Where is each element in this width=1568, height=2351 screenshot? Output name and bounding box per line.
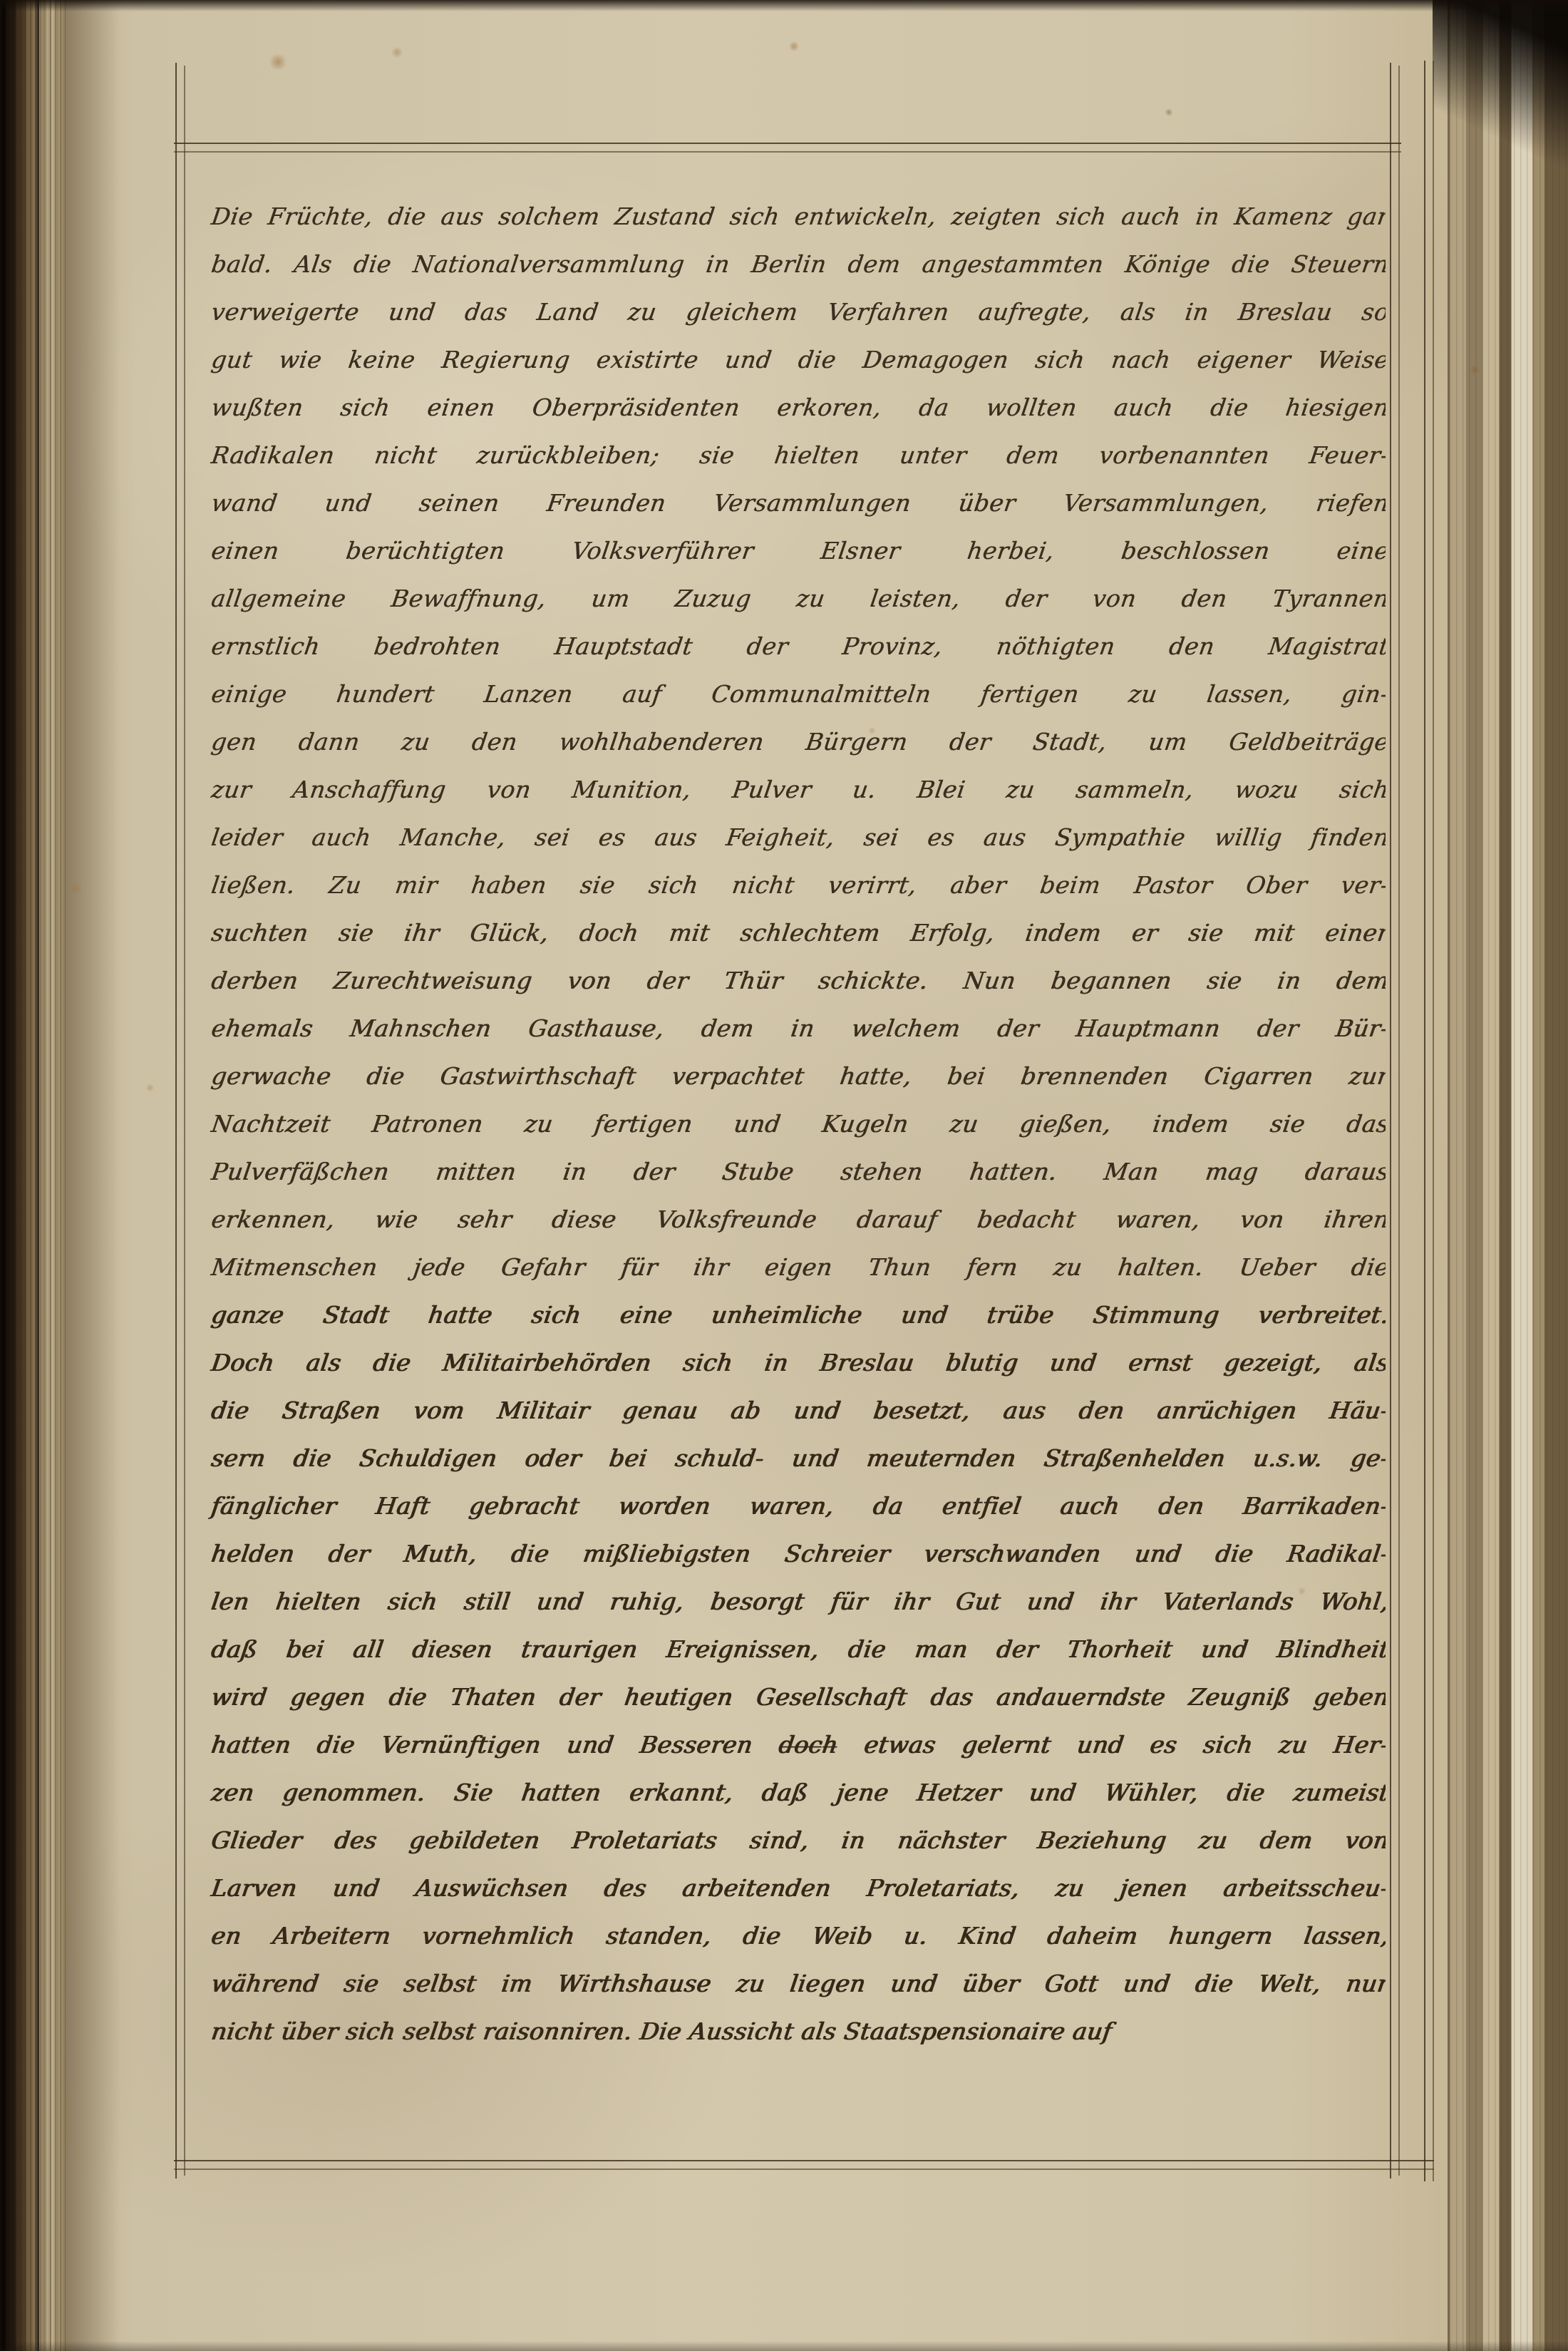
manuscript-line: Nachtzeit Patronen zu fertigen und Kugel…: [208, 1100, 1386, 1148]
foxing-spot: [1297, 1587, 1306, 1595]
manuscript-line: derben Zurechtweisung von der Thür schic…: [208, 957, 1386, 1004]
frame-right-inner-line: [1390, 63, 1391, 2178]
manuscript-line: hatten die Vernünftigen und Besseren d̶o…: [208, 1721, 1386, 1769]
manuscript-line: sern die Schuldigen oder bei schuld- und…: [208, 1434, 1386, 1482]
manuscript-line: die Straßen vom Militair genau ab und be…: [208, 1387, 1386, 1434]
manuscript-line: Doch als die Militairbehörden sich in Br…: [208, 1339, 1386, 1387]
frame-right-outer-line: [1398, 66, 1400, 2176]
foxing-spot: [145, 1084, 155, 1092]
frame-bottom-inner-line: [174, 2160, 1434, 2161]
manuscript-line: suchten sie ihr Glück, doch mit schlecht…: [208, 909, 1386, 957]
manuscript-line: fänglicher Haft gebracht worden waren, d…: [208, 1482, 1386, 1530]
manuscript-line: wand und seinen Freunden Versammlungen ü…: [208, 479, 1386, 527]
foxing-spot: [788, 41, 800, 51]
manuscript-line: ernstlich bedrohten Hauptstadt der Provi…: [208, 622, 1386, 670]
manuscript-line: Pulverfäßchen mitten in der Stube stehen…: [208, 1148, 1386, 1195]
manuscript-line: en Arbeitern vornehmlich standen, die We…: [208, 1912, 1386, 1960]
manuscript-line: einen berüchtigten Volksverführer Elsner…: [208, 527, 1386, 575]
manuscript-line: ganze Stadt hatte sich eine unheimliche …: [208, 1291, 1386, 1339]
manuscript-line: verweigerte und das Land zu gleichem Ver…: [208, 288, 1386, 336]
foxing-spot: [268, 54, 288, 70]
manuscript-line: einige hundert Lanzen auf Communalmittel…: [208, 670, 1386, 718]
manuscript-line: allgemeine Bewaffnung, um Zuzug zu leist…: [208, 575, 1386, 622]
manuscript-line: zur Anschaffung von Munition, Pulver u. …: [208, 766, 1386, 813]
frame-top-inner-line: [174, 151, 1401, 153]
manuscript-line: erkennen, wie sehr diese Volksfreunde da…: [208, 1195, 1386, 1243]
manuscript-line: gut wie keine Regierung existirte und di…: [208, 336, 1386, 384]
manuscript-line: Glieder des gebildeten Proletariats sind…: [208, 1816, 1386, 1864]
stacked-page-edges: [1450, 0, 1568, 2351]
manuscript-line: helden der Muth, die mißliebigsten Schre…: [208, 1530, 1386, 1578]
manuscript-line: daß bei all diesen traurigen Ereignissen…: [208, 1625, 1386, 1673]
gutter-shadow: [66, 0, 130, 2351]
foxing-spot: [1470, 365, 1480, 374]
manuscript-line: Mitmenschen jede Gefahr für ihr eigen Th…: [208, 1243, 1386, 1291]
frame-bottom-outer-line: [174, 2169, 1434, 2170]
corner-shadow: [1433, 0, 1568, 214]
manuscript-line: Die Früchte, die aus solchem Zustand sic…: [208, 192, 1386, 240]
manuscript-line: ließen. Zu mir haben sie sich nicht veri…: [208, 861, 1386, 909]
foxing-spot: [68, 883, 83, 895]
foxing-spot: [1165, 108, 1173, 116]
manuscript-line: wird gegen die Thaten der heutigen Gesel…: [208, 1673, 1386, 1721]
top-edge-shadow: [0, 0, 1568, 11]
manuscript-line: ehemals Mahnschen Gasthause, dem in welc…: [208, 1004, 1386, 1052]
margin-right-outer-line-1: [1424, 61, 1425, 2181]
manuscript-line: gen dann zu den wohlhabenderen Bürgern d…: [208, 718, 1386, 766]
bottom-edge-shadow: [0, 2341, 1568, 2351]
manuscript-line: leider auch Manche, sei es aus Feigheit,…: [208, 813, 1386, 861]
foxing-spot: [868, 727, 876, 734]
page-edge-seam: [1448, 0, 1450, 2351]
foxing-spot: [391, 47, 403, 58]
manuscript-line: Larven und Auswüchsen des arbeitenden Pr…: [208, 1864, 1386, 1912]
manuscript-line: wußten sich einen Oberpräsidenten erkore…: [208, 384, 1386, 431]
handwritten-text-block: Die Früchte, die aus solchem Zustand sic…: [208, 192, 1386, 2074]
frame-left-inner-line: [184, 66, 185, 2176]
manuscript-line: len hielten sich still und ruhig, besorg…: [208, 1578, 1386, 1625]
frame-left-outer-line: [175, 63, 177, 2178]
book-binding-gutter: [0, 0, 66, 2351]
manuscript-line: zen genommen. Sie hatten erkannt, daß je…: [208, 1769, 1386, 1816]
manuscript-line: nicht über sich selbst raisonniren. Die …: [208, 2007, 1386, 2055]
margin-right-outer-line-2: [1433, 61, 1434, 2181]
manuscript-line: bald. Als die Nationalversammlung in Ber…: [208, 240, 1386, 288]
manuscript-line: Radikalen nicht zurückbleiben; sie hielt…: [208, 431, 1386, 479]
frame-top-outer-line: [174, 143, 1401, 144]
manuscript-line: gerwache die Gastwirthschaft verpachtet …: [208, 1052, 1386, 1100]
manuscript-line: während sie selbst im Wirthshause zu lie…: [208, 1960, 1386, 2007]
